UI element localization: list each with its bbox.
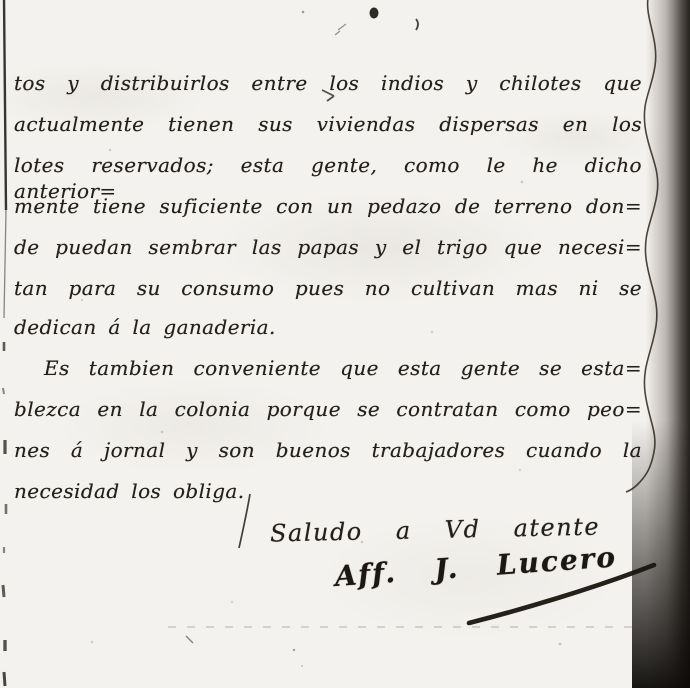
right-edge-shadow xyxy=(646,0,690,688)
manuscript-page: tos y distribuirlos entre los indios y c… xyxy=(0,0,690,688)
paper-speck xyxy=(293,649,295,651)
signature-text: Aff. J. Lucero xyxy=(334,540,618,593)
handwritten-line: mente tiene suficiente con un pedazo de … xyxy=(14,193,642,219)
left-border-line xyxy=(4,0,6,210)
stray-ink-tick xyxy=(416,19,418,30)
handwritten-line: Es tambien conveniente que esta gente se… xyxy=(44,355,642,381)
left-border-line-faint xyxy=(4,210,6,318)
handwritten-line: de puedan sembrar las papas y el trigo q… xyxy=(14,234,642,260)
left-edge-smudges xyxy=(3,342,6,686)
paper-speck xyxy=(302,11,305,14)
closing-salutation: Saludo a Vd atente xyxy=(270,513,601,548)
handwritten-line: tan para su consumo pues no cultivan mas… xyxy=(14,275,642,301)
handwritten-line: dedican á la ganaderia. xyxy=(14,314,276,340)
handwritten-line: tos y distribuirlos entre los indios y c… xyxy=(14,70,642,96)
stray-ink-mark xyxy=(186,636,193,643)
handwritten-line: blezca en la colonia porque se contratan… xyxy=(14,396,642,422)
handwritten-line: necesidad los obliga. xyxy=(14,478,244,504)
stray-scratch xyxy=(335,24,346,35)
handwritten-line: actualmente tienen sus viviendas dispers… xyxy=(14,111,642,137)
ink-blot xyxy=(370,8,379,19)
handwritten-line: nes á jornal y son buenos trabajadores c… xyxy=(14,437,642,463)
